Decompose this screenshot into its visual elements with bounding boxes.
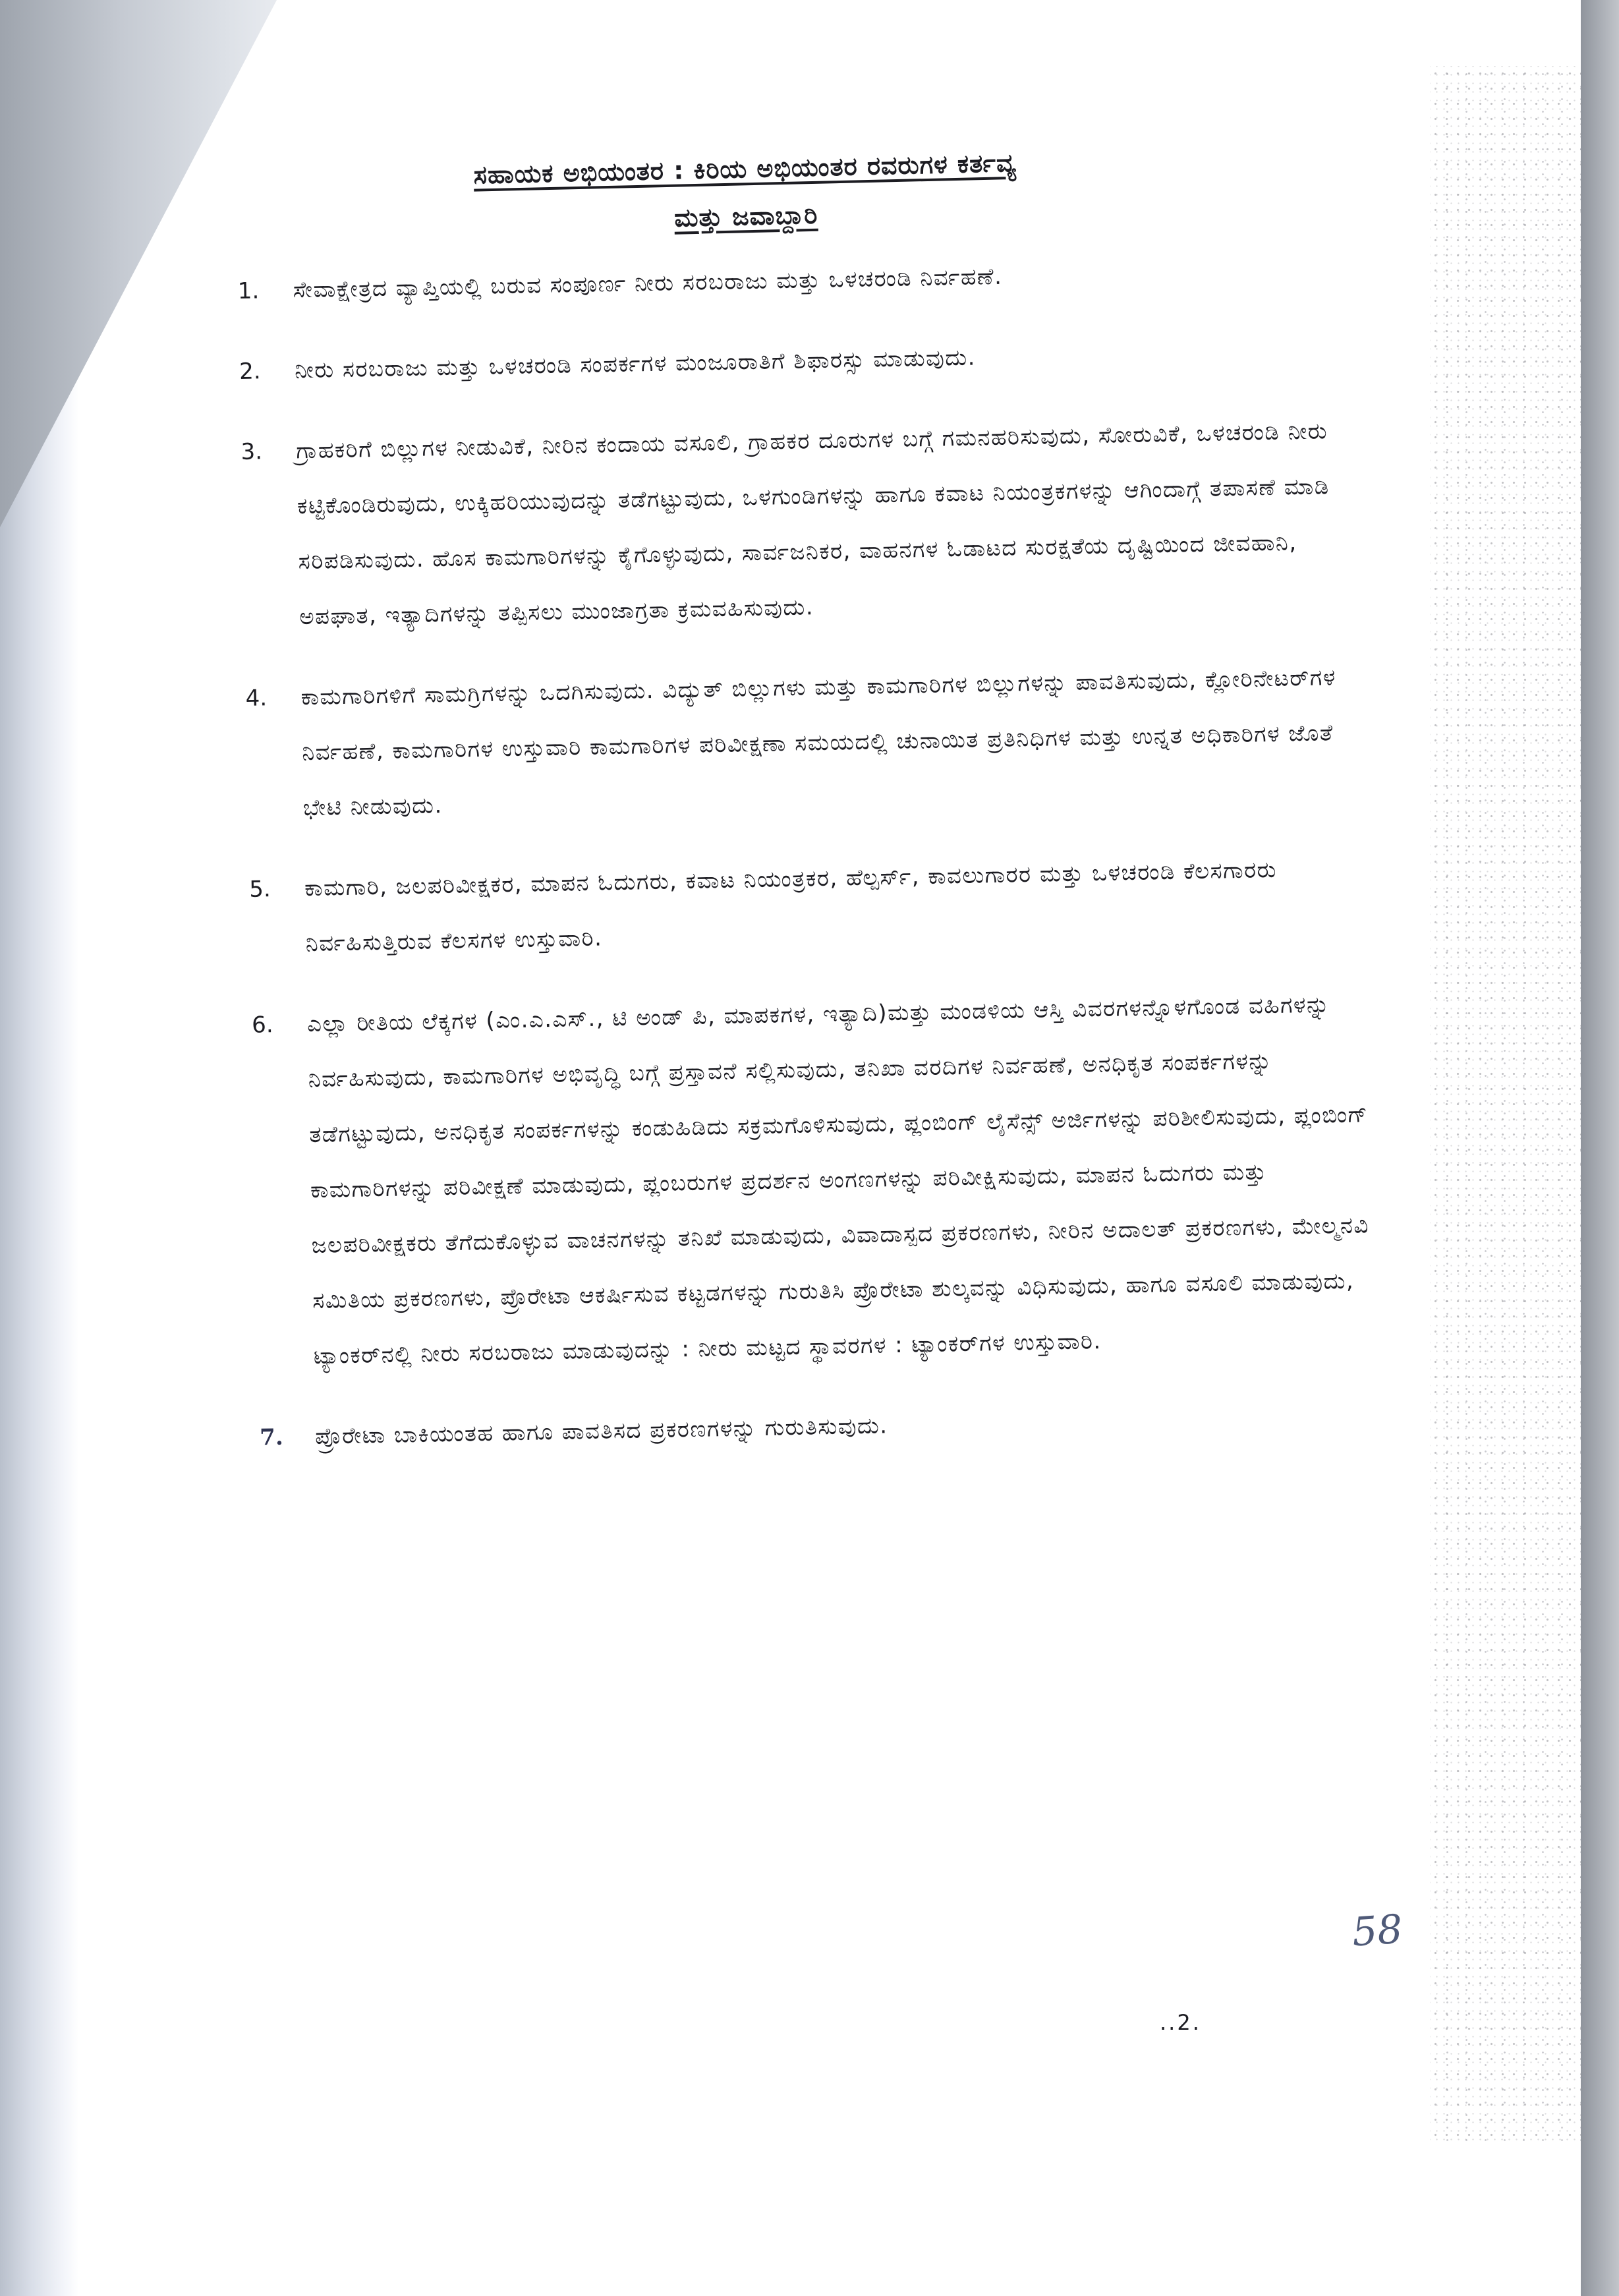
duty-number: 1. — [237, 263, 285, 319]
duty-item-3: 3. ಗ್ರಾಹಕರಿಗೆ ಬಿಲ್ಲುಗಳ ನೀಡುವಿಕೆ, ನೀರಿನ ಕ… — [241, 403, 1365, 646]
duty-number-handwritten: 7. — [259, 1409, 306, 1465]
duty-number: 3. — [241, 424, 291, 646]
handwritten-page-number: 58 — [1351, 1906, 1404, 1955]
duty-item-2: 2. ನೀರು ಸರಬರಾಜು ಮತ್ತು ಒಳಚರಂಡಿ ಸಂಪರ್ಕಗಳ ಮ… — [239, 322, 1359, 399]
duty-text: ಎಲ್ಲಾ ರೀತಿಯ ಲೆಕ್ಕಗಳ (ಎಂ.ಎ.ಎಸ್., ಟಿ ಅಂಡ್ … — [297, 976, 1378, 1384]
duty-text: ಕಾಮಗಾರಿ, ಜಲಪರಿವೀಕ್ಷಕರ, ಮಾಪನ ಓದುಗರು, ಕವಾಟ… — [295, 840, 1371, 971]
duties-list: 1. ಸೇವಾಕ್ಷೇತ್ರದ ವ್ಯಾಪ್ತಿಯಲ್ಲಿ ಬರುವ ಸಂಪೂರ… — [237, 242, 1380, 1490]
duty-item-5: 5. ಕಾಮಗಾರಿ, ಜಲಪರಿವೀಕ್ಷಕರ, ಮಾಪನ ಓದುಗರು, ಕ… — [248, 840, 1371, 973]
duty-text: ಸೇವಾಕ್ಷೇತ್ರದ ವ್ಯಾಪ್ತಿಯಲ್ಲಿ ಬರುವ ಸಂಪೂರ್ಣ … — [283, 242, 1358, 318]
duty-number: 5. — [248, 861, 297, 972]
duty-number: 4. — [245, 670, 295, 837]
continuation-mark: ..2. — [1160, 2010, 1201, 2035]
duty-item-6: 6. ಎಲ್ಲಾ ರೀತಿಯ ಲೆಕ್ಕಗಳ (ಎಂ.ಎ.ಎಸ್., ಟಿ ಅಂ… — [251, 976, 1378, 1385]
duty-number: 2. — [239, 343, 286, 399]
document-title: ಸಹಾಯಕ ಅಭಿಯಂತರ : ಕಿರಿಯ ಅಭಿಯಂತರ ರವರುಗಳ ಕರ್… — [316, 136, 1175, 250]
duty-text: ನೀರು ಸರಬರಾಜು ಮತ್ತು ಒಳಚರಂಡಿ ಸಂಪರ್ಕಗಳ ಮಂಜೂ… — [285, 322, 1359, 398]
duty-item-7: 7. ಪ್ರೊರೇಟಾ ಬಾಕಿಯಂತಹ ಹಾಗೂ ಪಾವತಿಸದ ಪ್ರಕರಣ… — [259, 1389, 1380, 1466]
duty-text: ಕಾಮಗಾರಿಗಳಿಗೆ ಸಾಮಗ್ರಿಗಳನ್ನು ಒದಗಿಸುವುದು. ವ… — [291, 649, 1369, 836]
duty-text: ಪ್ರೊರೇಟಾ ಬಾಕಿಯಂತಹ ಹಾಗೂ ಪಾವತಿಸದ ಪ್ರಕರಣಗಳನ… — [305, 1389, 1380, 1464]
duty-number: 6. — [251, 996, 304, 1385]
duty-text: ಗ್ರಾಹಕರಿಗೆ ಬಿಲ್ಲುಗಳ ನೀಡುವಿಕೆ, ನೀರಿನ ಕಂದಾ… — [287, 403, 1365, 645]
scanned-document-page: ಸಹಾಯಕ ಅಭಿಯಂತರ : ಕಿರಿಯ ಅಭಿಯಂತರ ರವರುಗಳ ಕರ್… — [0, 0, 1619, 2296]
duty-item-4: 4. ಕಾಮಗಾರಿಗಳಿಗೆ ಸಾಮಗ್ರಿಗಳನ್ನು ಒದಗಿಸುವುದು… — [245, 649, 1369, 837]
duty-item-1: 1. ಸೇವಾಕ್ಷೇತ್ರದ ವ್ಯಾಪ್ತಿಯಲ್ಲಿ ಬರುವ ಸಂಪೂರ… — [237, 242, 1358, 319]
